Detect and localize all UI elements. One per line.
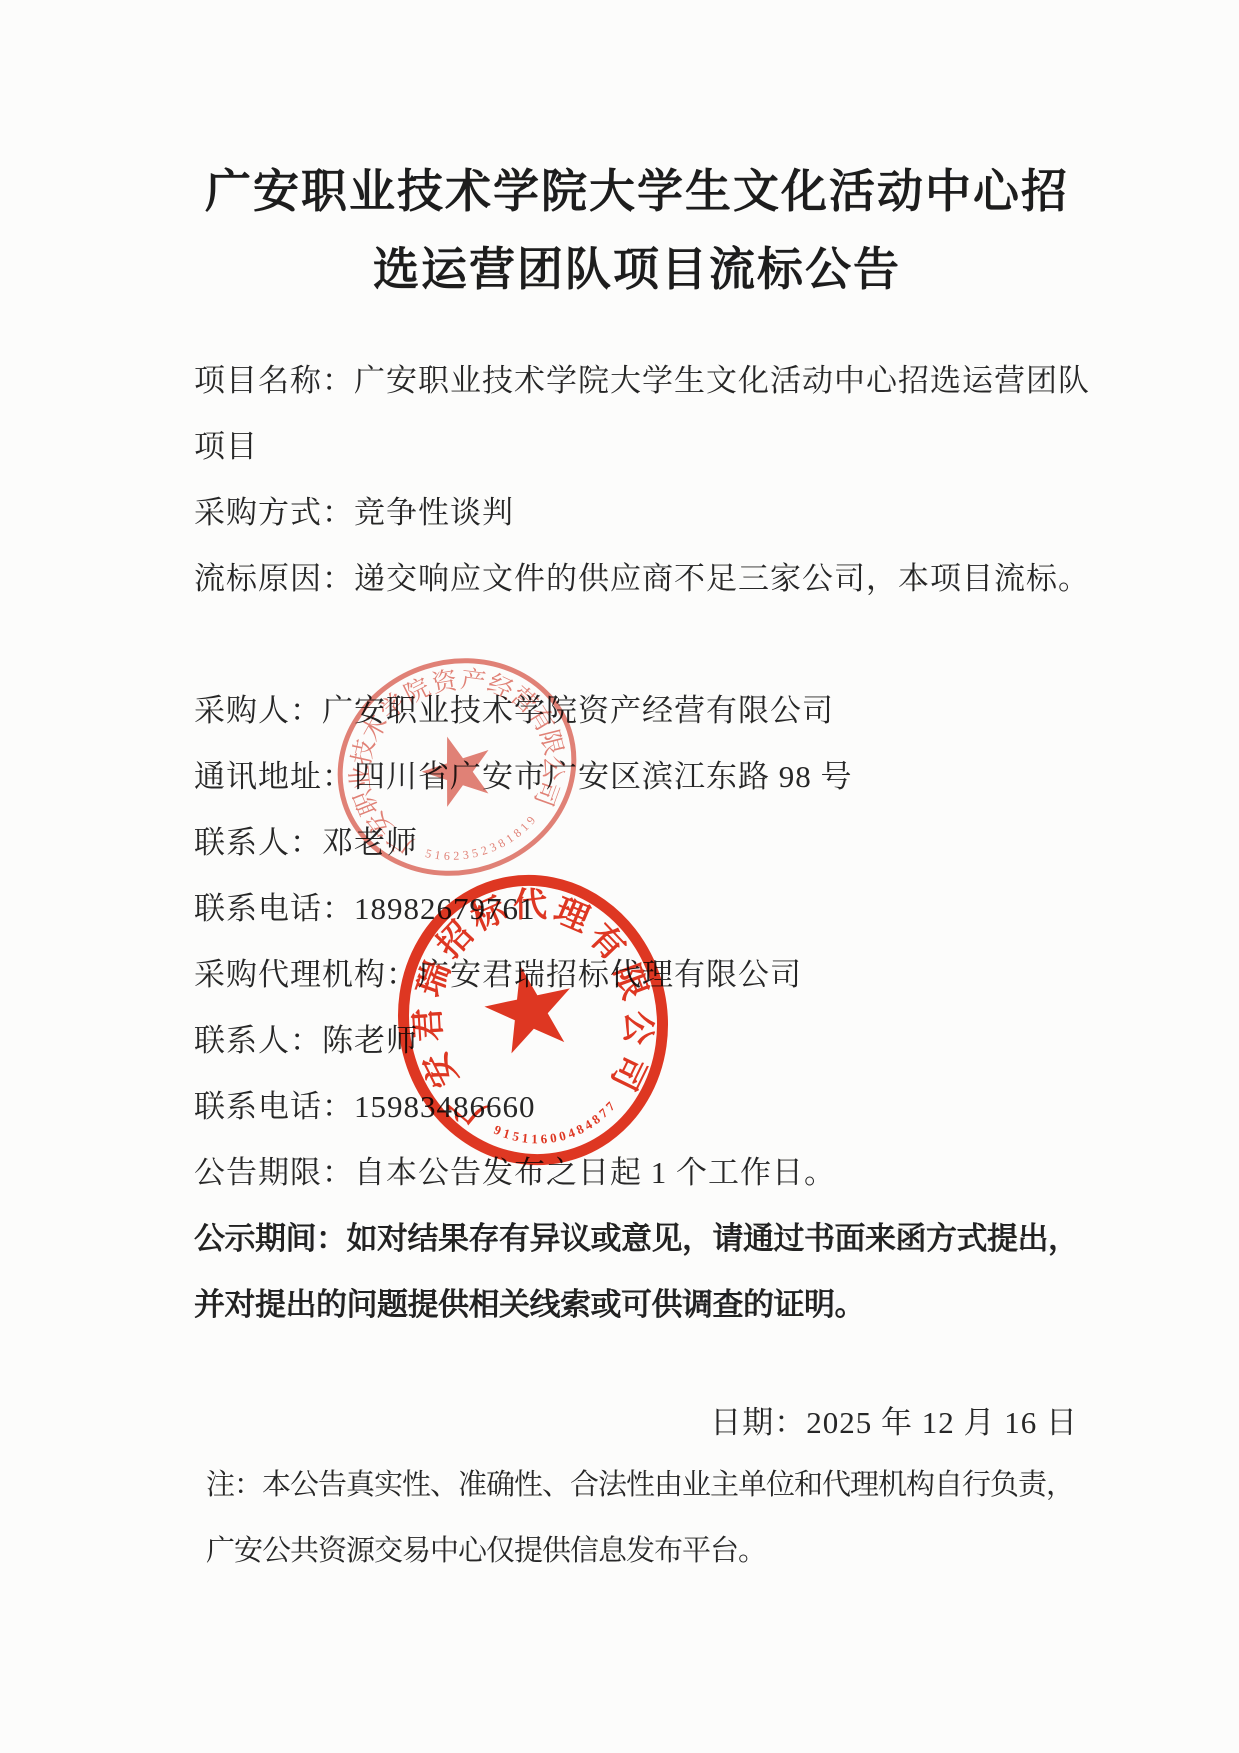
announcement-body: 项目名称：广安职业技术学院大学生文化活动中心招选运营团队 项目 采购方式：竞争性… xyxy=(194,348,1084,1338)
scanned-announcement-page: 广安职业技术学院大学生文化活动中心招 选运营团队项目流标公告 项目名称：广安职业… xyxy=(0,0,1239,1753)
line-blank xyxy=(194,612,1084,678)
line-agency-contact: 联系人：陈老师 xyxy=(194,1008,1084,1074)
line-contact-person: 联系人：邓老师 xyxy=(194,810,1084,876)
line-address: 通讯地址：四川省广安市广安区滨江东路 98 号 xyxy=(194,744,1084,810)
line-failure-reason: 流标原因：递交响应文件的供应商不足三家公司，本项目流标。 xyxy=(194,546,1084,612)
footer-note: 注：本公告真实性、准确性、合法性由业主单位和代理机构自行负责， 广安公共资源交易… xyxy=(206,1452,1206,1584)
page-title-line-1: 广安职业技术学院大学生文化活动中心招 xyxy=(192,153,1082,231)
line-publicity-period: 公示期间：如对结果存有异议或意见，请通过书面来函方式提出， xyxy=(194,1206,1084,1272)
line-agency: 采购代理机构：广安君瑞招标代理有限公司 xyxy=(194,942,1084,1008)
note-line-1: 注：本公告真实性、准确性、合法性由业主单位和代理机构自行负责， xyxy=(206,1452,1206,1518)
date-line: 日期：2025 年 12 月 16 日 xyxy=(194,1390,1078,1456)
line-project-name-cont: 项目 xyxy=(194,414,1084,480)
line-procurement-method: 采购方式：竞争性谈判 xyxy=(194,480,1084,546)
line-project-name: 项目名称：广安职业技术学院大学生文化活动中心招选运营团队 xyxy=(194,348,1084,414)
page-title-line-2: 选运营团队项目流标公告 xyxy=(192,231,1082,309)
line-agency-phone: 联系电话：15983486660 xyxy=(194,1074,1084,1140)
line-announcement-period: 公告期限：自本公告发布之日起 1 个工作日。 xyxy=(194,1140,1084,1206)
page-title: 广安职业技术学院大学生文化活动中心招 选运营团队项目流标公告 xyxy=(192,153,1082,309)
note-line-2: 广安公共资源交易中心仅提供信息发布平台。 xyxy=(206,1518,1206,1584)
line-contact-phone: 联系电话：18982679761 xyxy=(194,876,1084,942)
line-publicity-period-cont: 并对提出的问题提供相关线索或可供调查的证明。 xyxy=(194,1272,1084,1338)
line-purchaser: 采购人：广安职业技术学院资产经营有限公司 xyxy=(194,678,1084,744)
